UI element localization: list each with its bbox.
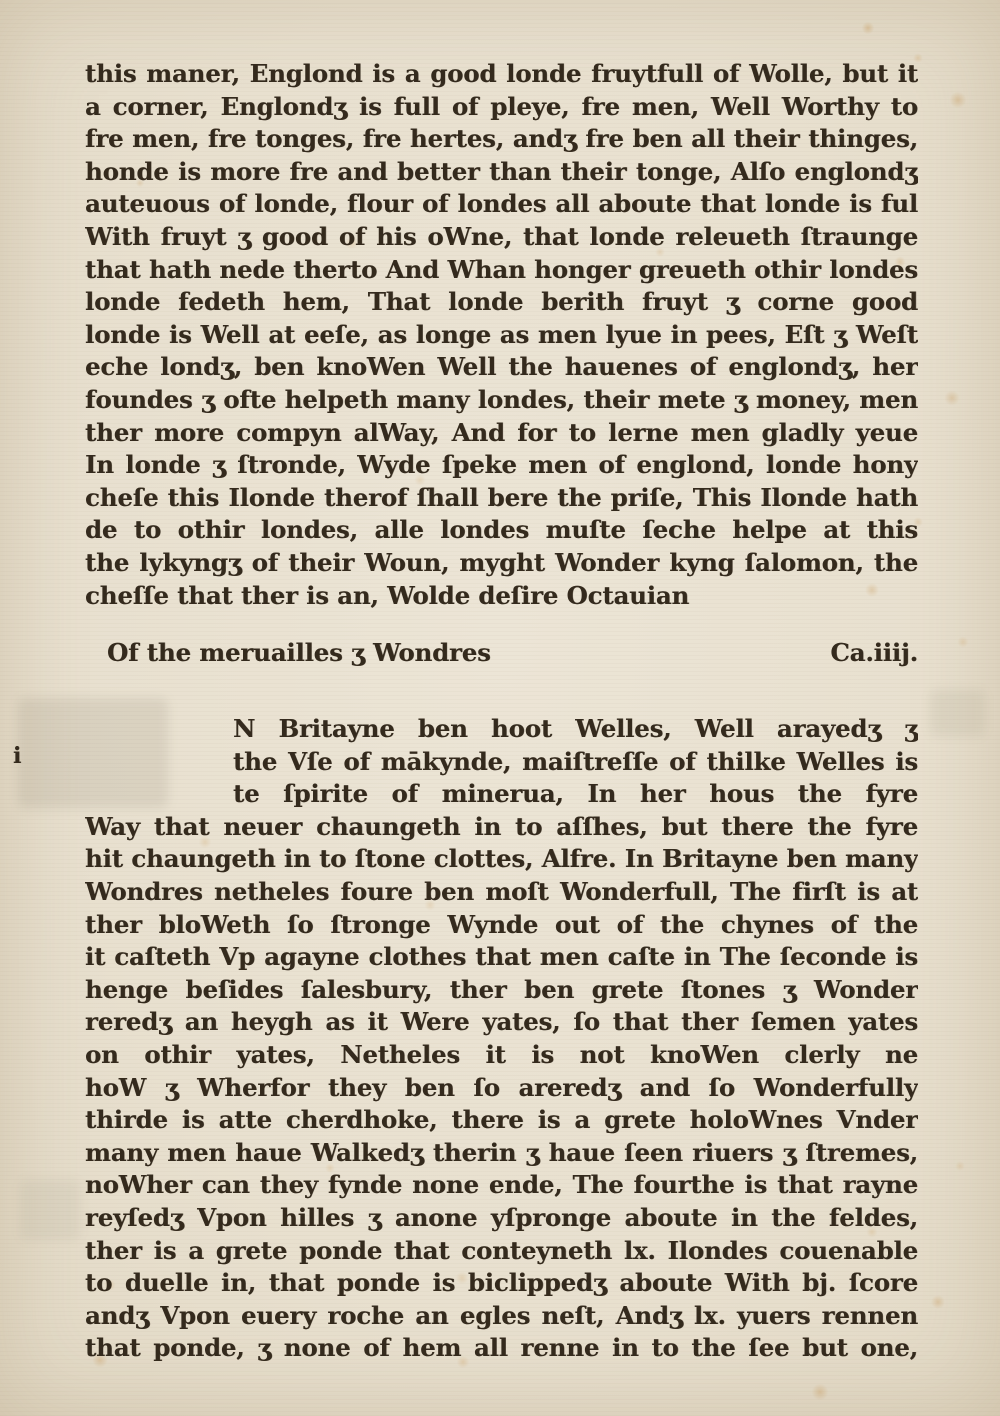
- chapter-heading: Of the meruailles ʒ Wondres Ca.iiij.: [85, 636, 918, 669]
- text-line: it caſteth Vp agayne clothes that men ca…: [85, 941, 918, 974]
- text-line: With fruyt ʒ good of his oWne, that lond…: [85, 221, 918, 254]
- chapter-number: Ca.iiij.: [830, 636, 918, 669]
- text-line: that ponde, ʒ none of hem all renne in t…: [85, 1332, 918, 1365]
- chapter-title: Of the meruailles ʒ Wondres: [107, 636, 491, 669]
- text-line: londe fedeth hem, That londe berith fruy…: [85, 286, 918, 319]
- text-line: cheſe this Ilonde therof ſhall bere the …: [85, 482, 918, 515]
- paragraph-england-description: this maner, Englond is a good londe fruy…: [85, 58, 918, 612]
- text-line: de to othir londes, alle londes muſte ſe…: [85, 514, 918, 547]
- initial-guide-letter: i: [13, 743, 21, 769]
- text-line: ther more compyn alWay, And for to lerne…: [85, 417, 918, 450]
- text-line: reyſedʒ Vpon hilles ʒ anone yſpronge abo…: [85, 1202, 918, 1235]
- text-line: eche londʒ, ben knoWen Well the hauenes …: [85, 351, 918, 384]
- text-line: hit chaungeth in to ſtone clottes, Alfre…: [85, 843, 918, 876]
- text-line: the lykyngʒ of their Woun, myght Wonder …: [85, 547, 918, 580]
- text-line: ther is a grete ponde that conteyneth lx…: [85, 1235, 918, 1268]
- page-text-block: this maner, Englond is a good londe fruy…: [85, 58, 918, 1365]
- text-line: In londe ʒ ſtronde, Wyde ſpeke men of en…: [85, 449, 918, 482]
- text-line: foundes ʒ ofte helpeth many londes, thei…: [85, 384, 918, 417]
- text-line: ther bloWeth ſo ſtronge Wynde out of the…: [85, 909, 918, 942]
- text-line: the Vſe of mākynde, maiſtreſſe of thilke…: [85, 746, 918, 779]
- text-line: this maner, Englond is a good londe fruy…: [85, 58, 918, 91]
- text-line: cheſſe that ther is an, Wolde deſire Oct…: [85, 580, 918, 613]
- text-line: to duelle in, that ponde is biclippedʒ a…: [85, 1267, 918, 1300]
- text-line: that hath nede therto And Whan honger gr…: [85, 254, 918, 287]
- text-line: reredʒ an heygh as it Were yates, ſo tha…: [85, 1006, 918, 1039]
- text-line: te ſpirite of minerua, In her hous the f…: [85, 778, 918, 811]
- text-line: honde is more fre and better than their …: [85, 156, 918, 189]
- paragraph-marvels-and-wonders: i N Britayne ben hoot Welles, Well araye…: [85, 713, 918, 1365]
- text-line: fre men, fre tonges, fre hertes, andʒ fr…: [85, 123, 918, 156]
- text-line: hoW ʒ Wherfor they ben ſo areredʒ and ſo…: [85, 1072, 918, 1105]
- text-line: N Britayne ben hoot Welles, Well arayedʒ…: [85, 713, 918, 746]
- text-line: on othir yates, Netheles it is not knoWe…: [85, 1039, 918, 1072]
- text-line: andʒ Vpon euery roche an egles neſt, And…: [85, 1300, 918, 1333]
- text-line: noWher can they fynde none ende, The fou…: [85, 1169, 918, 1202]
- text-line: Way that neuer chaungeth in to aſſhes, b…: [85, 811, 918, 844]
- text-line: Wondres netheles foure ben moſt Wonderfu…: [85, 876, 918, 909]
- text-line: many men haue Walkedʒ therin ʒ haue ſeen…: [85, 1137, 918, 1170]
- text-line: a corner, Englondʒ is full of pleye, fre…: [85, 91, 918, 124]
- text-line: henge beſides ſalesbury, ther ben grete …: [85, 974, 918, 1007]
- text-line: londe is Well at eeſe, as longe as men l…: [85, 319, 918, 352]
- text-line: thirde is atte cherdhoke, there is a gre…: [85, 1104, 918, 1137]
- text-line: auteuous of londe, flour of londes all a…: [85, 188, 918, 221]
